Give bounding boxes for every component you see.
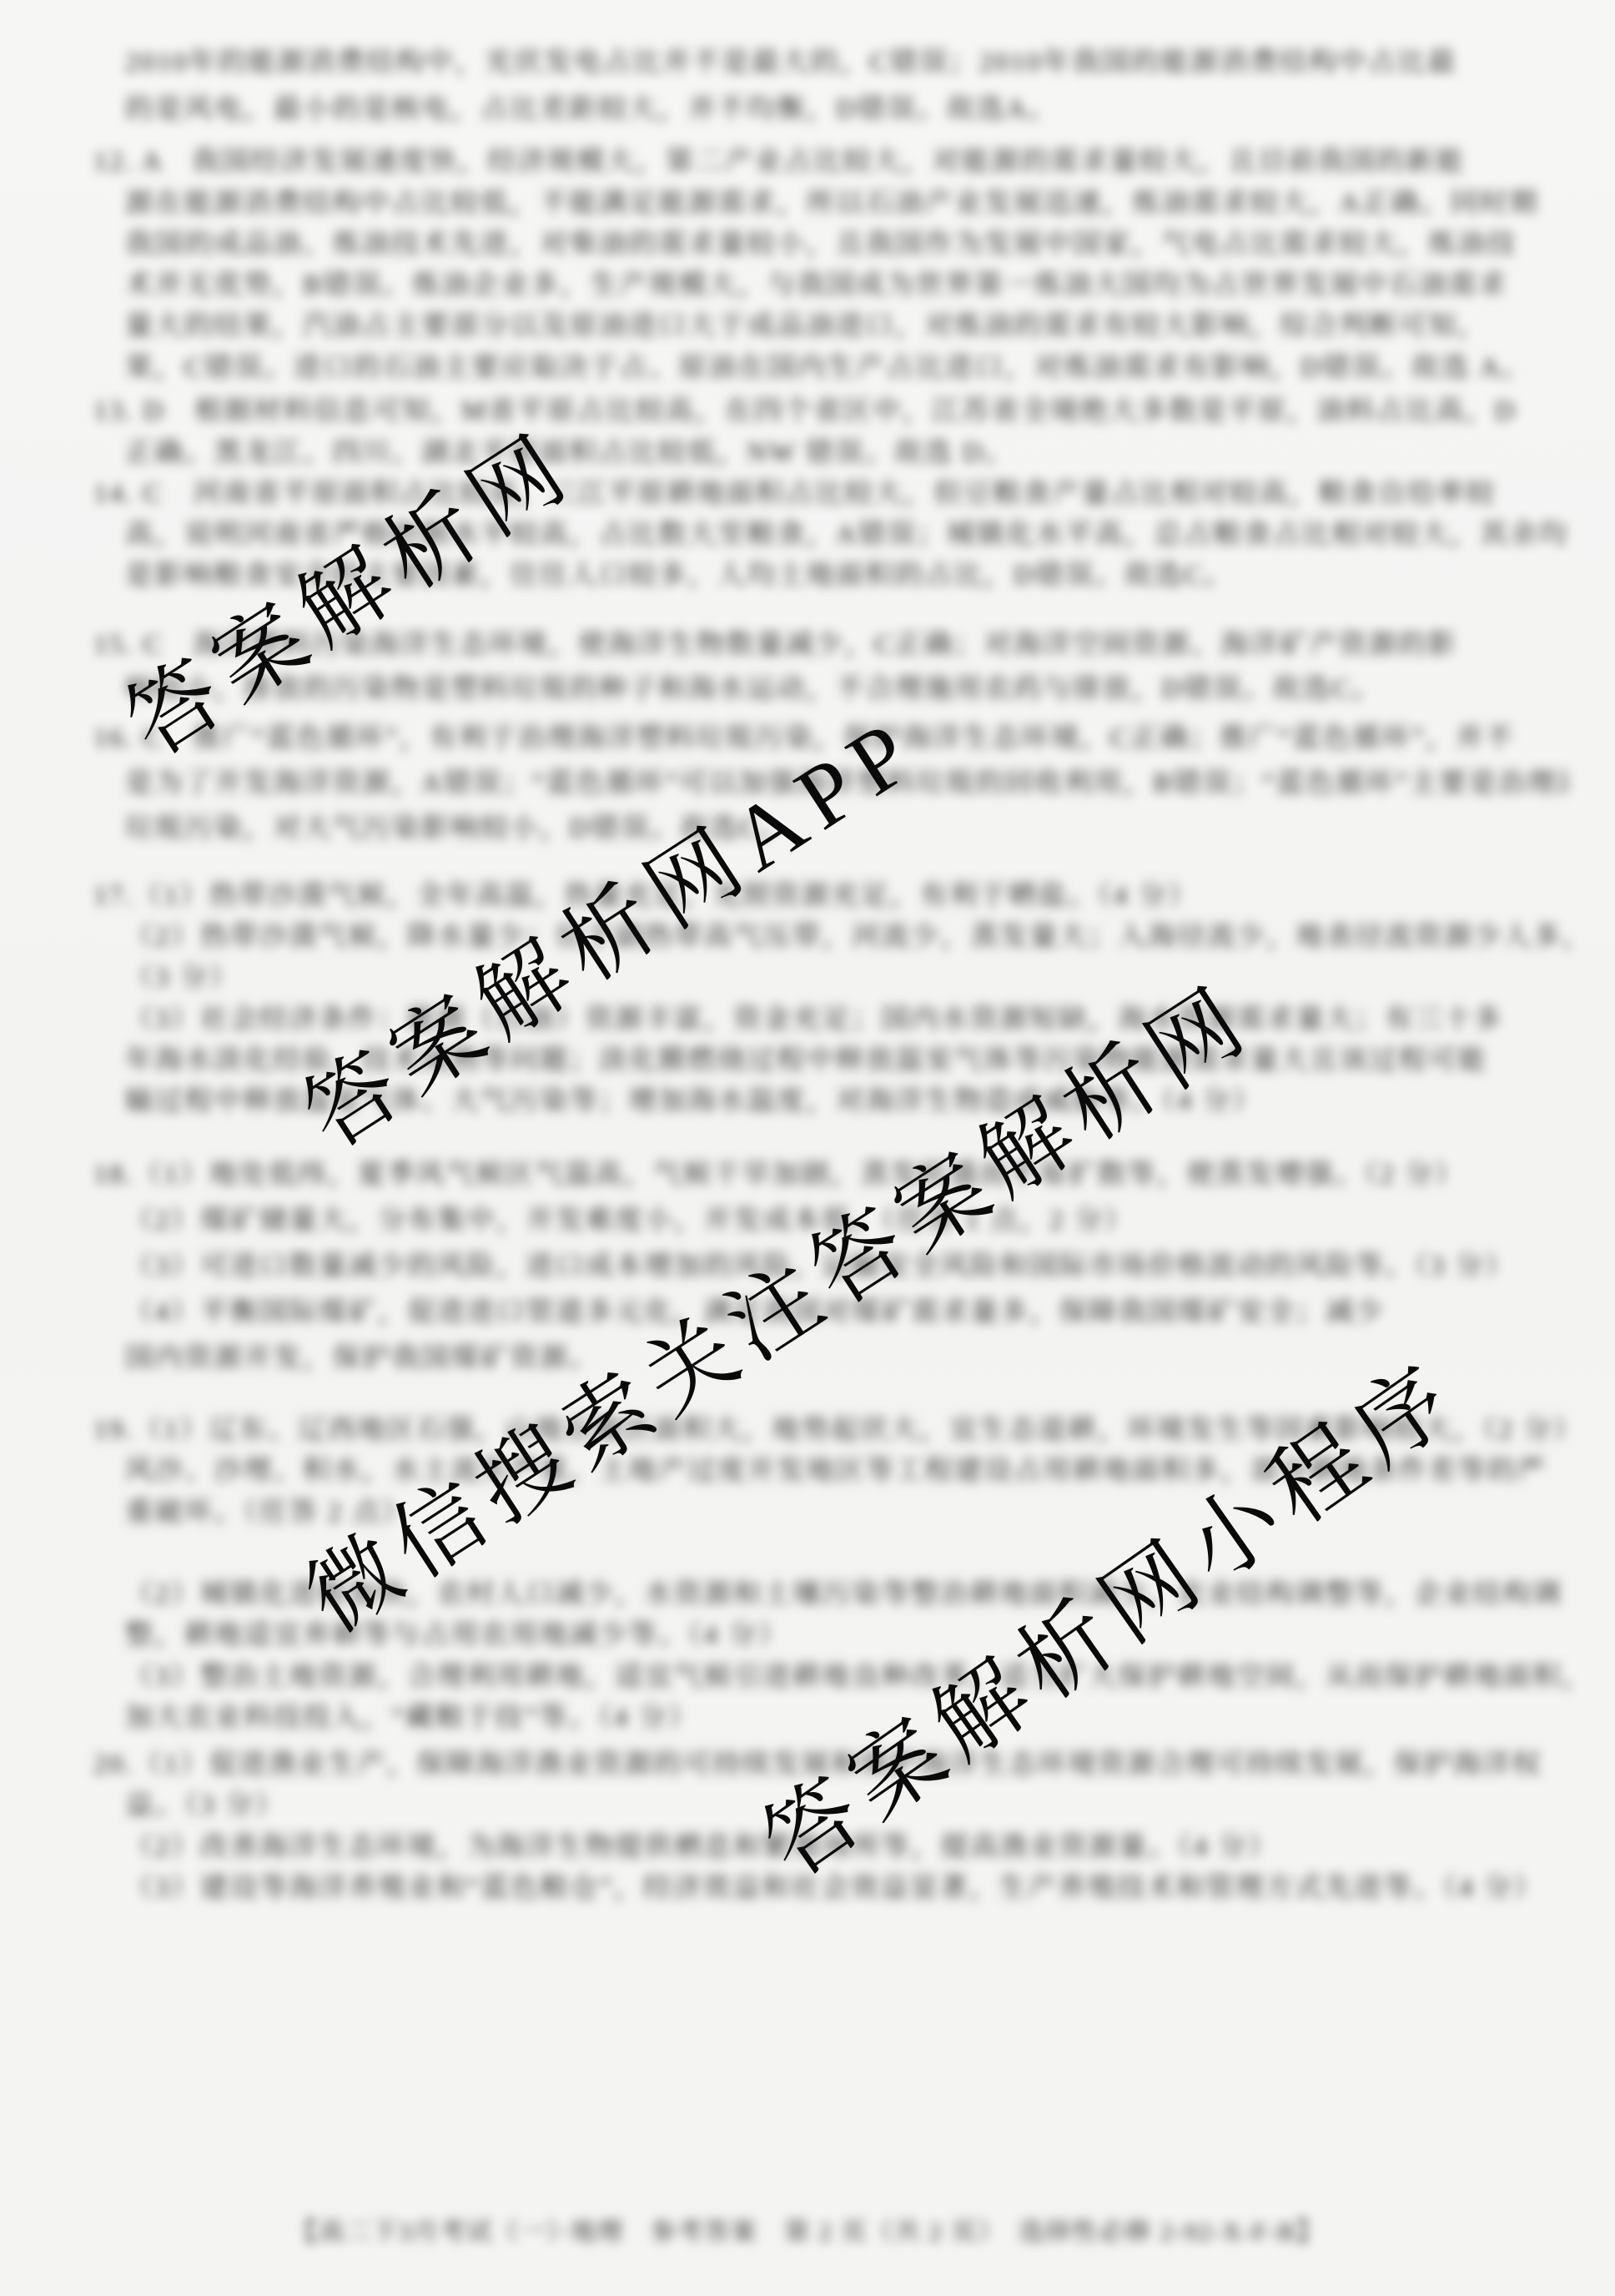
text-line: 重破坏。（任答 2 点） xyxy=(125,1494,412,1533)
text-line: 是为了开发海洋资源，A错误；“蓝色循环”可以加强海洋塑料垃圾的回收利用，B错误；… xyxy=(125,765,1568,803)
text-line: 垃圾污染，对大气污染影响较小，D错误。故选C。 xyxy=(125,810,789,848)
text-line: （3）可进口数量减少的风险，进口成本增加的风险，运输安全风险和国际市场价格波动的… xyxy=(125,1248,1514,1286)
text-line: （3 分） xyxy=(125,959,239,998)
text-line: 果，C错误。进口的石油主要应取决于占、原油在国内生产占比进口，对炼油需求有影响，… xyxy=(125,350,1531,388)
text-line: 12. A 我国经济发展速度快，经济规模大，第二产业占比较大，对能源的需求量较大… xyxy=(93,143,1465,182)
text-line: 年海水淡化经验，技术成熟等问题；淡化膜燃烧过程中释放温室气体等污染物能源需求量大… xyxy=(125,1042,1487,1080)
text-line: 15. C 海洋塑料污染海洋生态环境，使海洋生物数量减少，C正确；对海洋空间资源… xyxy=(93,627,1457,665)
text-line: （2）热带沙漠气候，降水量少；位于副热带高气压带，河流少，蒸发量大；入海径流少，… xyxy=(125,919,1568,957)
text-line: 我国的成品油、炼油技术先进，对柴油的需求量较小，且我国作为发展中国家，气电占比需… xyxy=(125,226,1517,264)
page-footer: 【高二下3月考试（一）·地理 参考答案 第 2 页（共 2 页） 选择性必修 2… xyxy=(292,2211,1323,2248)
text-line: 术并无优势，B错误。炼油企业多，生产规模大，与我国成为世界第一炼油大国均为占世界… xyxy=(125,267,1508,305)
text-line: 量大的结果，汽油占主要部分以及原油进口大于成品油进口，对炼油的需求有较大影响，综… xyxy=(125,308,1487,346)
blurred-answer-text-layer: 【高二下3月考试（一）·地理 参考答案 第 2 页（共 2 页） 选择性必修 2… xyxy=(0,0,1615,2296)
text-line: 16. C 推广“蓝色循环”，有利于治理海洋塑料垃圾污染，保护海洋生态环境，C正… xyxy=(93,720,1515,758)
text-line: （4）平衡国际煤矿，促进进口管道多元化，满足我国对煤矿需求量多，保障我国煤矿安全… xyxy=(125,1294,1385,1332)
text-line: 响较小，排放的污染物是塑料垃圾的种子和海水运动，不合理施用农药与排放，D错误。故… xyxy=(125,671,1381,709)
text-line: 14. C 河南省平原面积占比较高，三江平原耕地面积占比较大，但豆粮食产量占比相… xyxy=(93,476,1497,514)
text-line: 风沙、沙埋、积水，水土流失严重，土地产过度开发地区等工程建设占用耕地面积多，部分… xyxy=(125,1453,1547,1491)
text-line: 20.（1）促进渔业生产，保障海洋渔业资源的可持续发展和保护海洋生态环境资源合理… xyxy=(93,1746,1542,1785)
text-line: 国内资源开发，保护我国煤矿资源。 xyxy=(125,1340,599,1378)
text-line: 17.（1）热带沙漠气候，全年高温，热量充足，光照资源充足，有利于晒盐。（4 分… xyxy=(93,878,1198,916)
text-line: 19.（1）辽东、辽西地区石强，山地丘陵区面积大，地势起伏大，宜生态退耕，环境发… xyxy=(93,1412,1568,1450)
text-line: 正确。黑龙江、四川、湖北平原面积占比较低，NW 错误。故选 D。 xyxy=(125,435,1014,473)
text-line: 的是风电，最小的是核电，占比差距较大，并不均衡，D错误。故选A。 xyxy=(125,91,1058,129)
text-line: 输过程中释放温室气体、大气污染等；增加海水温度，对海洋生物造成威胁等。（4 分） xyxy=(125,1083,1261,1121)
text-line: 整，耕地适宜弃耕等与占用农用地减少等。（4 分） xyxy=(125,1617,787,1655)
text-line: （3）社会经济条件：能源（石油）资源丰富，资金充足；国内水资源短缺，海水资源需求… xyxy=(125,1001,1503,1040)
text-line: （2）煤矿储量大，分布集中，开发难度小，开发成本低。（任答 1 点，2 分） xyxy=(125,1202,1134,1241)
text-line: （3）整治土地资源，合理利用耕地，适宜气候引进耕地良种改革，适当扩大保护耕地空间… xyxy=(125,1659,1568,1697)
text-line: 是影响粮食安全的主要因素，往往人口较多，人均土地面积的占比，D错误。故选C。 xyxy=(125,557,1234,596)
text-line: 益。（3 分） xyxy=(125,1787,284,1825)
text-line: 高，说明河南省严格控制水平较高，占比数大至粮食，A错误；城镇化水平高，总占粮食占… xyxy=(125,516,1568,555)
text-line: （2）城镇化进程加快，农村人口减少，水资源和土壤污染等整治耕地面积减少，农业结构… xyxy=(125,1576,1562,1614)
exam-answer-scan-page: 【高二下3月考试（一）·地理 参考答案 第 2 页（共 2 页） 选择性必修 2… xyxy=(0,0,1615,2296)
text-line: （2）改善海洋生态环境，为海洋生物提供栖息和繁殖场所等，提高渔业资源量。（4 分… xyxy=(125,1829,1277,1867)
text-line: 2010年的能源消费结构中，光伏发电占比并不是最大的，C错误；2010年我国的能… xyxy=(125,44,1457,83)
text-line: 源在能源消费结构中占比较低，不能满足能源需求，所以石油产业发展迅速，炼油需求较大… xyxy=(125,185,1539,224)
text-line: 13. D 根据材料信息可知，M省平原占比较高，在四个省区中，江苏省全境绝大多数… xyxy=(93,393,1517,431)
text-line: 加大农业科技投入，“藏粮于技”等。（4 分） xyxy=(125,1699,698,1738)
text-line: 18.（1）地处低纬，夏季风气候区气温高，气候干旱加剧，蒸发旺盛而不易扩散等，使… xyxy=(93,1156,1464,1195)
text-line: （3）建设等海洋养殖业和“蓝色粮仓”，经济效益和社会效益显著，生产养殖技术和管理… xyxy=(125,1870,1543,1908)
